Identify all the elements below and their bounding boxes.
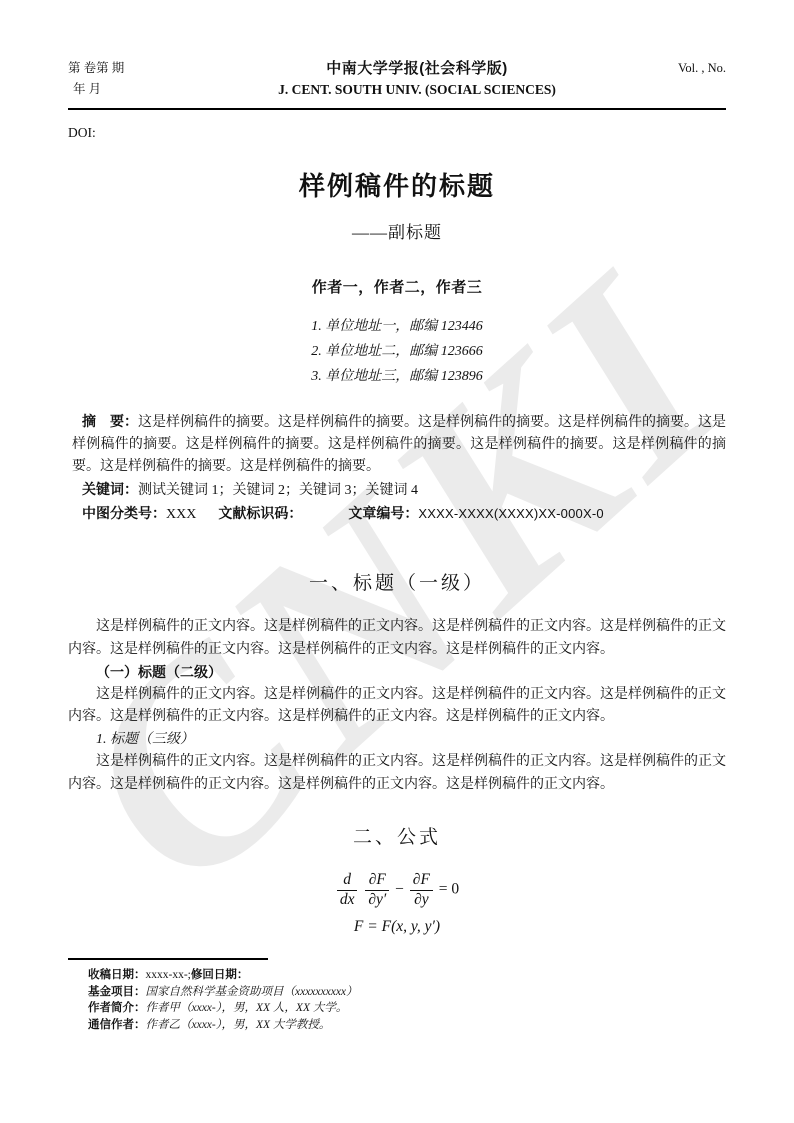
- euler-lagrange-equation: ddx ∂F∂y′ − ∂F∂y = 0: [68, 871, 726, 909]
- issue-date-line: 年 月: [68, 79, 218, 100]
- affiliations: 1. 单位地址一，邮编 123446 2. 单位地址二，邮编 123666 3.…: [68, 314, 726, 389]
- affiliation-item: 3. 单位地址三，邮编 123896: [311, 364, 483, 389]
- body-paragraph: 这是样例稿件的正文内容。这是样例稿件的正文内容。这是样例稿件的正文内容。这是样例…: [68, 616, 726, 661]
- abstract-section: 摘 要：这是样例稿件的摘要。这是样例稿件的摘要。这是样例稿件的摘要。这是样例稿件…: [72, 410, 726, 526]
- page-content: 第 卷第 期 年 月 中南大学学报(社会科学版) J. CENT. SOUTH …: [0, 0, 794, 936]
- abstract-text: 这是样例稿件的摘要。这是样例稿件的摘要。这是样例稿件的摘要。这是样例稿件的摘要。…: [72, 415, 726, 474]
- abstract-label: 摘 要：: [82, 413, 138, 429]
- functional-definition: F = F(x, y, y′): [68, 918, 726, 936]
- formula-block: ddx ∂F∂y′ − ∂F∂y = 0 F = F(x, y, y′): [68, 871, 726, 936]
- clc-value: XXX: [166, 507, 196, 522]
- doc-code-label: 文献标识码：: [218, 505, 302, 521]
- author-bio-line: 作者简介：作者甲（xxxx-），男，XX 人，XX 大学。: [88, 1000, 726, 1017]
- minus-sign: −: [395, 881, 404, 898]
- body-paragraph: 这是样例稿件的正文内容。这是样例稿件的正文内容。这是样例稿件的正文内容。这是样例…: [68, 684, 726, 729]
- keywords-text: 测试关键词 1；关键词 2；关键词 3；关键词 4: [138, 483, 418, 498]
- funding-label: 基金项目：: [88, 986, 146, 998]
- clc-label: 中图分类号：: [82, 505, 166, 521]
- affiliation-item: 1. 单位地址一，邮编 123446: [311, 314, 483, 339]
- footnote-rule: [68, 958, 268, 960]
- article-id-value: XXXX-XXXX(XXXX)XX-000X-0: [418, 506, 603, 521]
- article-id-label: 文章编号：: [348, 505, 418, 521]
- body-paragraph: 这是样例稿件的正文内容。这是样例稿件的正文内容。这是样例稿件的正文内容。这是样例…: [68, 751, 726, 796]
- article-title: 样例稿件的标题: [68, 166, 726, 203]
- section-heading-1: 一、标题（一级）: [68, 568, 726, 595]
- journal-name-english: J. CENT. SOUTH UNIV. (SOCIAL SCIENCES): [218, 79, 616, 100]
- bio-label: 作者简介：: [88, 1002, 146, 1014]
- affiliation-list: 1. 单位地址一，邮编 123446 2. 单位地址二，邮编 123666 3.…: [311, 314, 483, 389]
- footnote-lines: 收稿日期：xxxx-xx-;修回日期： 基金项目：国家自然科学基金资助项目（xx…: [68, 967, 726, 1033]
- subsection-heading-level3: 1. 标题（三级）: [68, 729, 726, 752]
- keywords-line: 关键词：测试关键词 1；关键词 2；关键词 3；关键词 4: [72, 478, 726, 502]
- journal-header: 第 卷第 期 年 月 中南大学学报(社会科学版) J. CENT. SOUTH …: [68, 58, 726, 110]
- funding-line: 基金项目：国家自然科学基金资助项目（xxxxxxxxxx）: [88, 984, 726, 1001]
- article-subtitle: ——副标题: [68, 218, 726, 243]
- vol-no: Vol. , No.: [616, 58, 726, 76]
- doi-label: DOI:: [68, 125, 726, 141]
- received-value: xxxx-xx-;: [146, 969, 191, 981]
- classification-line: 中图分类号：XXX文献标识码：文章编号：XXXX-XXXX(XXXX)XX-00…: [72, 502, 726, 526]
- received-label: 收稿日期：: [88, 969, 146, 981]
- subsection-heading-level2: （一）标题（二级）: [68, 661, 726, 684]
- abstract-paragraph: 摘 要：这是样例稿件的摘要。这是样例稿件的摘要。这是样例稿件的摘要。这是样例稿件…: [72, 410, 726, 478]
- journal-name-chinese: 中南大学学报(社会科学版): [218, 58, 616, 79]
- fraction-dF-dy: ∂F∂y: [410, 871, 433, 909]
- revised-label: 修回日期：: [191, 969, 249, 981]
- issue-volume-line: 第 卷第 期: [68, 58, 218, 79]
- fraction-d-dx: ddx: [337, 871, 358, 909]
- funding-value: 国家自然科学基金资助项目（xxxxxxxxxx）: [146, 986, 358, 998]
- section-heading-2: 二、公式: [68, 822, 726, 849]
- journal-page: CNKI 第 卷第 期 年 月 中南大学学报(社会科学版) J. CENT. S…: [0, 0, 794, 1123]
- article-authors: 作者一，作者二，作者三: [68, 276, 726, 297]
- bio-value: 作者甲（xxxx-），男，XX 人，XX 大学。: [146, 1002, 348, 1014]
- corresponding-value: 作者乙（xxxx-），男，XX 大学教授。: [146, 1019, 331, 1031]
- corresponding-author-line: 通信作者：作者乙（xxxx-），男，XX 大学教授。: [88, 1017, 726, 1034]
- equals-zero: = 0: [439, 881, 459, 898]
- issue-info: 第 卷第 期 年 月: [68, 58, 218, 100]
- received-date-line: 收稿日期：xxxx-xx-;修回日期：: [88, 967, 726, 984]
- affiliation-item: 2. 单位地址二，邮编 123666: [311, 339, 483, 364]
- fraction-dF-dyprime: ∂F∂y′: [365, 871, 389, 909]
- body-section: 这是样例稿件的正文内容。这是样例稿件的正文内容。这是样例稿件的正文内容。这是样例…: [68, 616, 726, 796]
- keywords-label: 关键词：: [82, 481, 138, 497]
- corresponding-label: 通信作者：: [88, 1019, 146, 1031]
- journal-name: 中南大学学报(社会科学版) J. CENT. SOUTH UNIV. (SOCI…: [218, 58, 616, 100]
- footnote-area: 收稿日期：xxxx-xx-;修回日期： 基金项目：国家自然科学基金资助项目（xx…: [68, 958, 726, 1033]
